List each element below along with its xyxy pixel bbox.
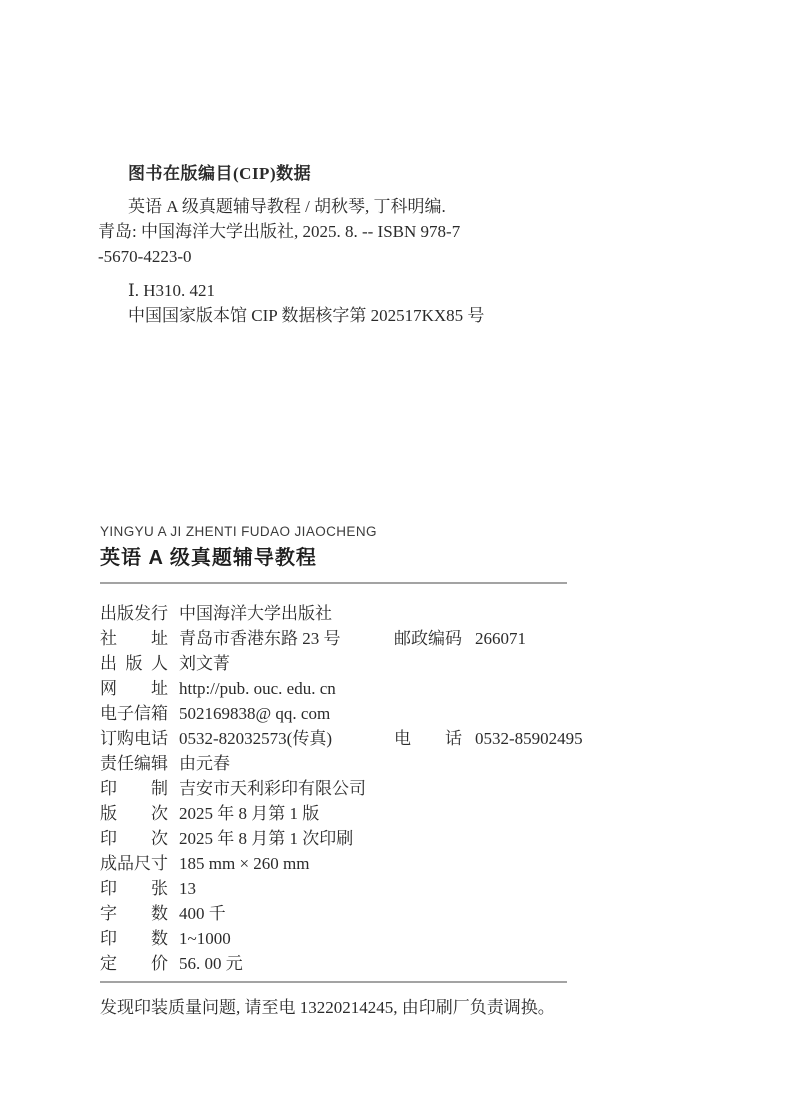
cip-line: 英语 A 级真题辅导教程 / 胡秋琴, 丁科明编. [98,194,598,219]
colophon-value: 13 [179,876,196,901]
colophon-label: 出版发行 [100,601,168,626]
colophon-label: 成品尺寸 [100,851,168,876]
colophon-label: 版次 [100,801,168,826]
book-title: 英语 A 级真题辅导教程 [100,545,600,571]
cip-block: 图书在版编目(CIP)数据 英语 A 级真题辅导教程 / 胡秋琴, 丁科明编. … [98,161,598,328]
colophon-row-editor: 责任编辑由元春 [100,751,740,776]
cip-line: -5670-4223-0 [98,244,598,269]
colophon-value: 2025 年 8 月第 1 版 [179,801,319,826]
colophon-value: 中国海洋大学出版社 [179,601,332,626]
colophon-label: 邮政编码 [394,626,462,651]
colophon-value: http://pub. ouc. edu. cn [179,676,336,701]
colophon-label: 定价 [100,951,168,976]
colophon-row-email: 电子信箱502169838@ qq. com [100,701,740,726]
cip-line: 青岛: 中国海洋大学出版社, 2025. 8. -- ISBN 978-7 [98,219,598,244]
cip-record-number: 中国国家版本馆 CIP 数据核字第 202517KX85 号 [98,303,598,328]
colophon-label: 责任编辑 [100,751,168,776]
colophon-label: 出版人 [100,651,168,676]
cip-heading: 图书在版编目(CIP)数据 [98,161,598,186]
colophon-row-publisher: 出版发行中国海洋大学出版社 [100,601,740,626]
colophon-value: 400 千 [179,901,226,926]
colophon-row-sheets: 印张13 [100,876,740,901]
colophon-value: 青岛市香港东路 23 号 [179,626,341,651]
colophon-row-print-run: 印数1~1000 [100,926,740,951]
divider-top [100,582,567,584]
cip-classification: Ⅰ. H310. 421 [98,278,598,303]
colophon-col2: 邮政编码266071 [394,626,526,651]
colophon-value: 56. 00 元 [179,951,243,976]
colophon-label: 印制 [100,776,168,801]
quality-notice: 发现印装质量问题, 请至电 13220214245, 由印刷厂负责调换。 [100,996,660,1020]
colophon-label: 字数 [100,901,168,926]
colophon-row-size: 成品尺寸185 mm × 260 mm [100,851,740,876]
colophon-value: 0532-82032573(传真) [179,726,332,751]
colophon-value: 2025 年 8 月第 1 次印刷 [179,826,353,851]
book-title-pinyin: YINGYU A JI ZHENTI FUDAO JIAOCHENG [100,524,600,540]
colophon-label: 印次 [100,826,168,851]
colophon-col2: 电话0532-85902495 [394,726,583,751]
colophon-row-impression: 印次2025 年 8 月第 1 次印刷 [100,826,740,851]
colophon-label: 网址 [100,676,168,701]
colophon-row-publisher-person: 出版人刘文菁 [100,651,740,676]
colophon-row-word-count: 字数400 千 [100,901,740,926]
colophon-label: 电子信箱 [100,701,168,726]
colophon-label: 印张 [100,876,168,901]
colophon-row-price: 定价56. 00 元 [100,951,740,976]
colophon-row-website: 网址http://pub. ouc. edu. cn [100,676,740,701]
divider-bottom [100,981,567,983]
colophon-value: 0532-85902495 [475,726,583,751]
colophon: 出版发行中国海洋大学出版社 社址青岛市香港东路 23 号 邮政编码266071 … [100,601,740,976]
colophon-label: 社址 [100,626,168,651]
copyright-page: 图书在版编目(CIP)数据 英语 A 级真题辅导教程 / 胡秋琴, 丁科明编. … [0,0,799,1114]
colophon-value: 502169838@ qq. com [179,701,330,726]
colophon-label: 电话 [394,726,462,751]
colophon-row-edition: 版次2025 年 8 月第 1 版 [100,801,740,826]
colophon-value: 185 mm × 260 mm [179,851,309,876]
colophon-label: 印数 [100,926,168,951]
colophon-value: 1~1000 [179,926,231,951]
colophon-value: 吉安市天利彩印有限公司 [179,776,366,801]
colophon-row-address: 社址青岛市香港东路 23 号 邮政编码266071 [100,626,740,651]
title-block: YINGYU A JI ZHENTI FUDAO JIAOCHENG 英语 A … [100,524,600,571]
colophon-label: 订购电话 [100,726,168,751]
colophon-row-order-phone: 订购电话0532-82032573(传真) 电话0532-85902495 [100,726,740,751]
colophon-value: 266071 [475,626,526,651]
colophon-row-printer: 印制吉安市天利彩印有限公司 [100,776,740,801]
colophon-value: 刘文菁 [179,651,230,676]
colophon-value: 由元春 [179,751,230,776]
